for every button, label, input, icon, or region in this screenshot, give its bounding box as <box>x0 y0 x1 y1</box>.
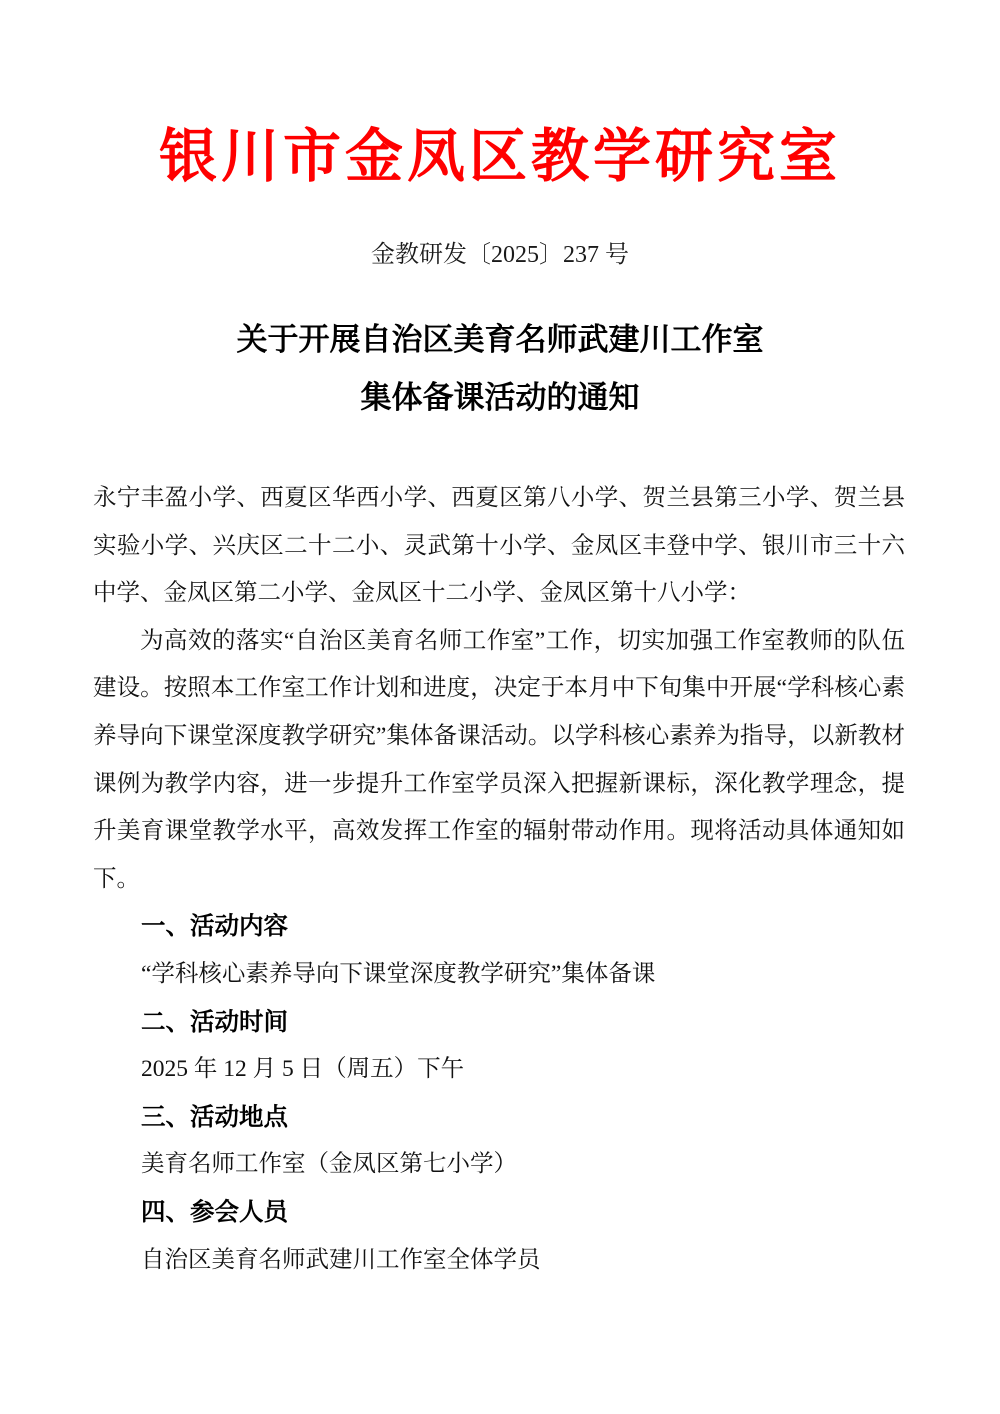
section-content-3-activity-location: 美育名师工作室（金凤区第七小学） <box>93 1141 905 1189</box>
section-content-1-activity-content: “学科核心素养导向下课堂深度教学研究”集体备课 <box>93 951 905 999</box>
notice-title-line2: 集体备课活动的通知 <box>0 369 1000 427</box>
letterhead-title: 银川市金凤区教学研究室 <box>0 128 1000 186</box>
document-body: 永宁丰盈小学、西夏区华西小学、西夏区第八小学、贺兰县第三小学、贺兰县实验小学、兴… <box>93 475 905 1284</box>
recipients-paragraph: 永宁丰盈小学、西夏区华西小学、西夏区第八小学、贺兰县第三小学、贺兰县实验小学、兴… <box>93 475 905 618</box>
section-heading-1-activity-content: 一、活动内容 <box>93 903 905 951</box>
section-content-2-activity-time: 2025 年 12 月 5 日（周五）下午 <box>93 1046 905 1094</box>
intro-paragraph: 为高效的落实“自治区美育名师工作室”工作，切实加强工作室教师的队伍建设。按照本工… <box>93 618 905 904</box>
notice-title-line1: 关于开展自治区美育名师武建川工作室 <box>0 311 1000 369</box>
section-heading-3-activity-location: 三、活动地点 <box>93 1094 905 1142</box>
notice-title: 关于开展自治区美育名师武建川工作室 集体备课活动的通知 <box>0 311 1000 427</box>
section-heading-2-activity-time: 二、活动时间 <box>93 999 905 1047</box>
document-page: 银川市金凤区教学研究室 金教研发〔2025〕237 号 关于开展自治区美育名师武… <box>0 0 1000 1414</box>
section-heading-4-participants: 四、参会人员 <box>93 1189 905 1237</box>
document-reference-number: 金教研发〔2025〕237 号 <box>0 241 1000 269</box>
section-content-4-participants: 自治区美育名师武建川工作室全体学员 <box>93 1237 905 1285</box>
